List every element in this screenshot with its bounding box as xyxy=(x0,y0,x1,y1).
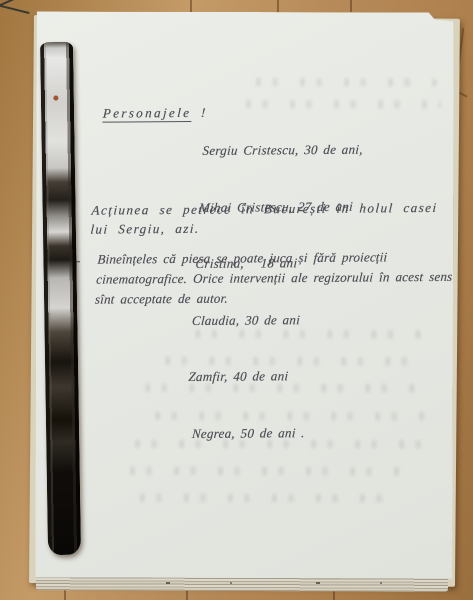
character-entry: Sergiu Cristescu, 30 de ani, xyxy=(202,140,364,160)
manuscript-page: Personajele ! Sergiu Cristescu, 30 de an… xyxy=(35,11,453,578)
character-entry: Negrea, 50 de ani . xyxy=(184,423,346,443)
ghost-writing xyxy=(247,78,437,86)
author-note-paragraph: Bineînțeles că piesa se poate juca și fă… xyxy=(94,247,470,310)
wire-fragment xyxy=(0,4,30,14)
paper-stack-edge-marks xyxy=(120,582,420,584)
setting-paragraph: Acțiunea se petrece în București în holu… xyxy=(90,198,464,239)
cardboard-seam xyxy=(190,0,192,13)
cardboard-seam xyxy=(186,590,188,600)
ghost-writing xyxy=(130,494,400,503)
cardboard-seam xyxy=(333,590,335,600)
cardboard-seam xyxy=(350,0,352,12)
cardboard-seam xyxy=(277,0,279,13)
character-entry: Zamfir, 40 de ani xyxy=(188,366,350,386)
heading-text: Personajele xyxy=(102,105,192,123)
character-entry: Claudia, 30 de ani xyxy=(191,310,353,330)
characters-heading: Personajele ! xyxy=(102,103,208,123)
